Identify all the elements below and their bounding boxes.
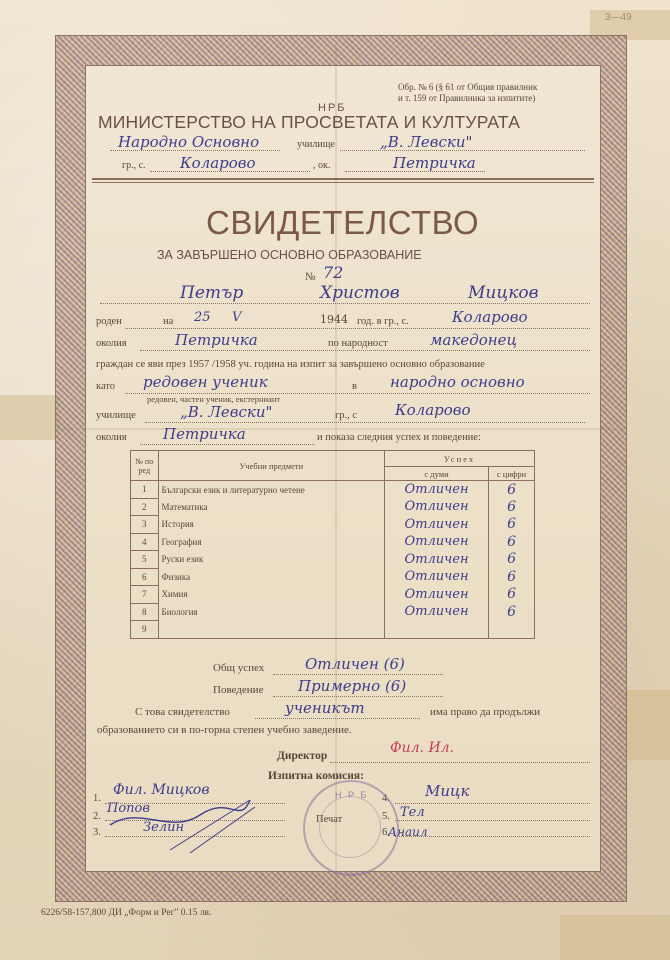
header-divider-2 bbox=[92, 182, 594, 183]
overall-success-value: Отличен (6) bbox=[305, 655, 405, 673]
table-row: 1Български език и литературно четенеОтли… bbox=[131, 481, 535, 499]
continue-education-text: образованието си в по-горна степен учебн… bbox=[97, 724, 352, 736]
corner-number: 3—49 bbox=[605, 12, 632, 23]
town-line bbox=[150, 171, 310, 172]
table-row: 2МатематикаОтличен6 bbox=[131, 498, 535, 516]
right-to-continue: има право да продължи bbox=[430, 706, 540, 718]
year-place-label: год. в гр., с. bbox=[357, 316, 409, 327]
school-name-line bbox=[340, 150, 585, 151]
district-label-3: околия bbox=[96, 432, 127, 443]
nationality-value: македонец bbox=[430, 331, 517, 349]
born-label: роден bbox=[96, 316, 122, 327]
school-label: училище bbox=[297, 139, 335, 150]
behavior-line bbox=[273, 696, 443, 697]
header-in-digits: с цифри bbox=[489, 467, 535, 481]
fold-crease-horizontal bbox=[55, 428, 625, 430]
nationality-label: по народност bbox=[328, 338, 388, 349]
header-divider bbox=[92, 178, 594, 180]
certificate-right-label: С това свидетелство bbox=[135, 706, 230, 718]
student-type: редовен ученик bbox=[143, 373, 268, 391]
school-type-value: народно основно bbox=[390, 373, 525, 391]
grades-table: № по ред Учебни предмети Успех с думи с … bbox=[130, 450, 535, 639]
on-label: на bbox=[163, 316, 173, 327]
commission-signature-4: Мицк bbox=[425, 782, 469, 800]
header-in-words: с думи bbox=[385, 467, 489, 481]
header-subjects: Учебни предмети bbox=[158, 451, 384, 481]
tape-strip-left bbox=[0, 395, 60, 440]
signature-scribble bbox=[100, 795, 260, 855]
citizen-exam-line: граждан се яви през 1957 /1958 уч. годин… bbox=[96, 359, 485, 370]
overall-success-line bbox=[273, 674, 443, 675]
district-line-2 bbox=[140, 444, 315, 445]
birth-place: Коларово bbox=[452, 308, 528, 326]
district-line bbox=[345, 171, 485, 172]
school-name-value: „В. Левски" bbox=[180, 403, 272, 421]
seal-text: Н Р Б bbox=[335, 790, 368, 800]
district-nationality-line bbox=[140, 350, 590, 351]
table-row: 4ГеографияОтличен6 bbox=[131, 533, 535, 551]
as-label: като bbox=[96, 381, 115, 392]
header-no: № по ред bbox=[131, 451, 159, 481]
showed-label: и показа следния успех и поведение: bbox=[317, 432, 481, 443]
student-middle-name: Христов bbox=[320, 283, 400, 303]
table-row: 8БиологияОтличен6 bbox=[131, 603, 535, 621]
form-reference-line2: и т. 159 от Правилника за изпитите) bbox=[398, 93, 535, 103]
birth-month: V bbox=[232, 310, 241, 325]
town-label-2: гр., с bbox=[335, 410, 357, 421]
town-value: Коларово bbox=[395, 401, 471, 419]
birth-district: Петричка bbox=[175, 331, 258, 349]
born-line bbox=[125, 328, 590, 329]
in-label: в bbox=[352, 381, 357, 392]
table-row: 3ИсторияОтличен6 bbox=[131, 516, 535, 534]
header-success: Успех bbox=[385, 451, 535, 467]
certificate-number: 72 bbox=[323, 263, 343, 282]
ministry-title: МИНИСТЕРСТВО НА ПРОСВЕТАТА И КУЛТУРАТА bbox=[98, 112, 520, 133]
student-last-name: Мицков bbox=[468, 283, 539, 303]
birth-year: 1944 bbox=[320, 313, 348, 326]
number-label: № bbox=[305, 271, 316, 283]
certificate-subtitle: ЗА ЗАВЪРШЕНО ОСНОВНО ОБРАЗОВАНИЕ bbox=[157, 248, 422, 262]
district-handwritten: Петричка bbox=[393, 154, 476, 172]
director-label: Директор bbox=[277, 750, 327, 762]
student-name-line bbox=[100, 303, 590, 304]
school-type-line bbox=[110, 150, 280, 151]
seal-label: Печат bbox=[316, 814, 342, 825]
commission-signature-5: Тел bbox=[400, 805, 425, 820]
district-label: , ок. bbox=[313, 160, 330, 171]
director-signature: Фил. Ил. bbox=[390, 740, 454, 756]
director-line bbox=[330, 762, 590, 763]
table-row: 9 bbox=[131, 621, 535, 639]
overall-success-label: Общ успех bbox=[213, 662, 264, 674]
table-row: 7ХимияОтличен6 bbox=[131, 586, 535, 604]
certificate-title: СВИДЕТЕЛСТВО bbox=[206, 204, 479, 242]
form-reference-line1: Обр. № 6 (§ 61 от Общия правилник bbox=[398, 82, 537, 92]
certificate-holder: ученикът bbox=[285, 699, 365, 717]
seal-inner-ring bbox=[319, 796, 381, 858]
official-seal-stamp: Н Р Б bbox=[303, 780, 399, 876]
commission-line-4 bbox=[395, 803, 590, 804]
district-value-2: Петричка bbox=[163, 425, 246, 443]
school-name-handwritten: „В. Левски" bbox=[380, 133, 472, 151]
commission-line-5 bbox=[395, 820, 590, 821]
behavior-value: Примерно (6) bbox=[298, 677, 406, 695]
school-line bbox=[145, 422, 585, 423]
certificate-holder-line bbox=[255, 718, 420, 719]
district-label-2: околия bbox=[96, 338, 127, 349]
student-first-name: Петър bbox=[180, 283, 243, 303]
town-label: гр., с. bbox=[122, 160, 146, 171]
tape-strip-bottom-right bbox=[560, 915, 670, 960]
printer-info: 6226/58-157,800 ДИ „Форм и Рег" 0.15 лв. bbox=[41, 908, 211, 918]
school-type-handwritten: Народно Основно bbox=[118, 133, 259, 151]
table-row: 5Руски езикОтличен6 bbox=[131, 551, 535, 569]
behavior-label: Поведение bbox=[213, 684, 263, 696]
town-handwritten: Коларово bbox=[180, 154, 256, 172]
school-label-2: училище bbox=[96, 410, 136, 421]
birth-day: 25 bbox=[194, 310, 211, 325]
table-row: 6ФизикаОтличен6 bbox=[131, 568, 535, 586]
